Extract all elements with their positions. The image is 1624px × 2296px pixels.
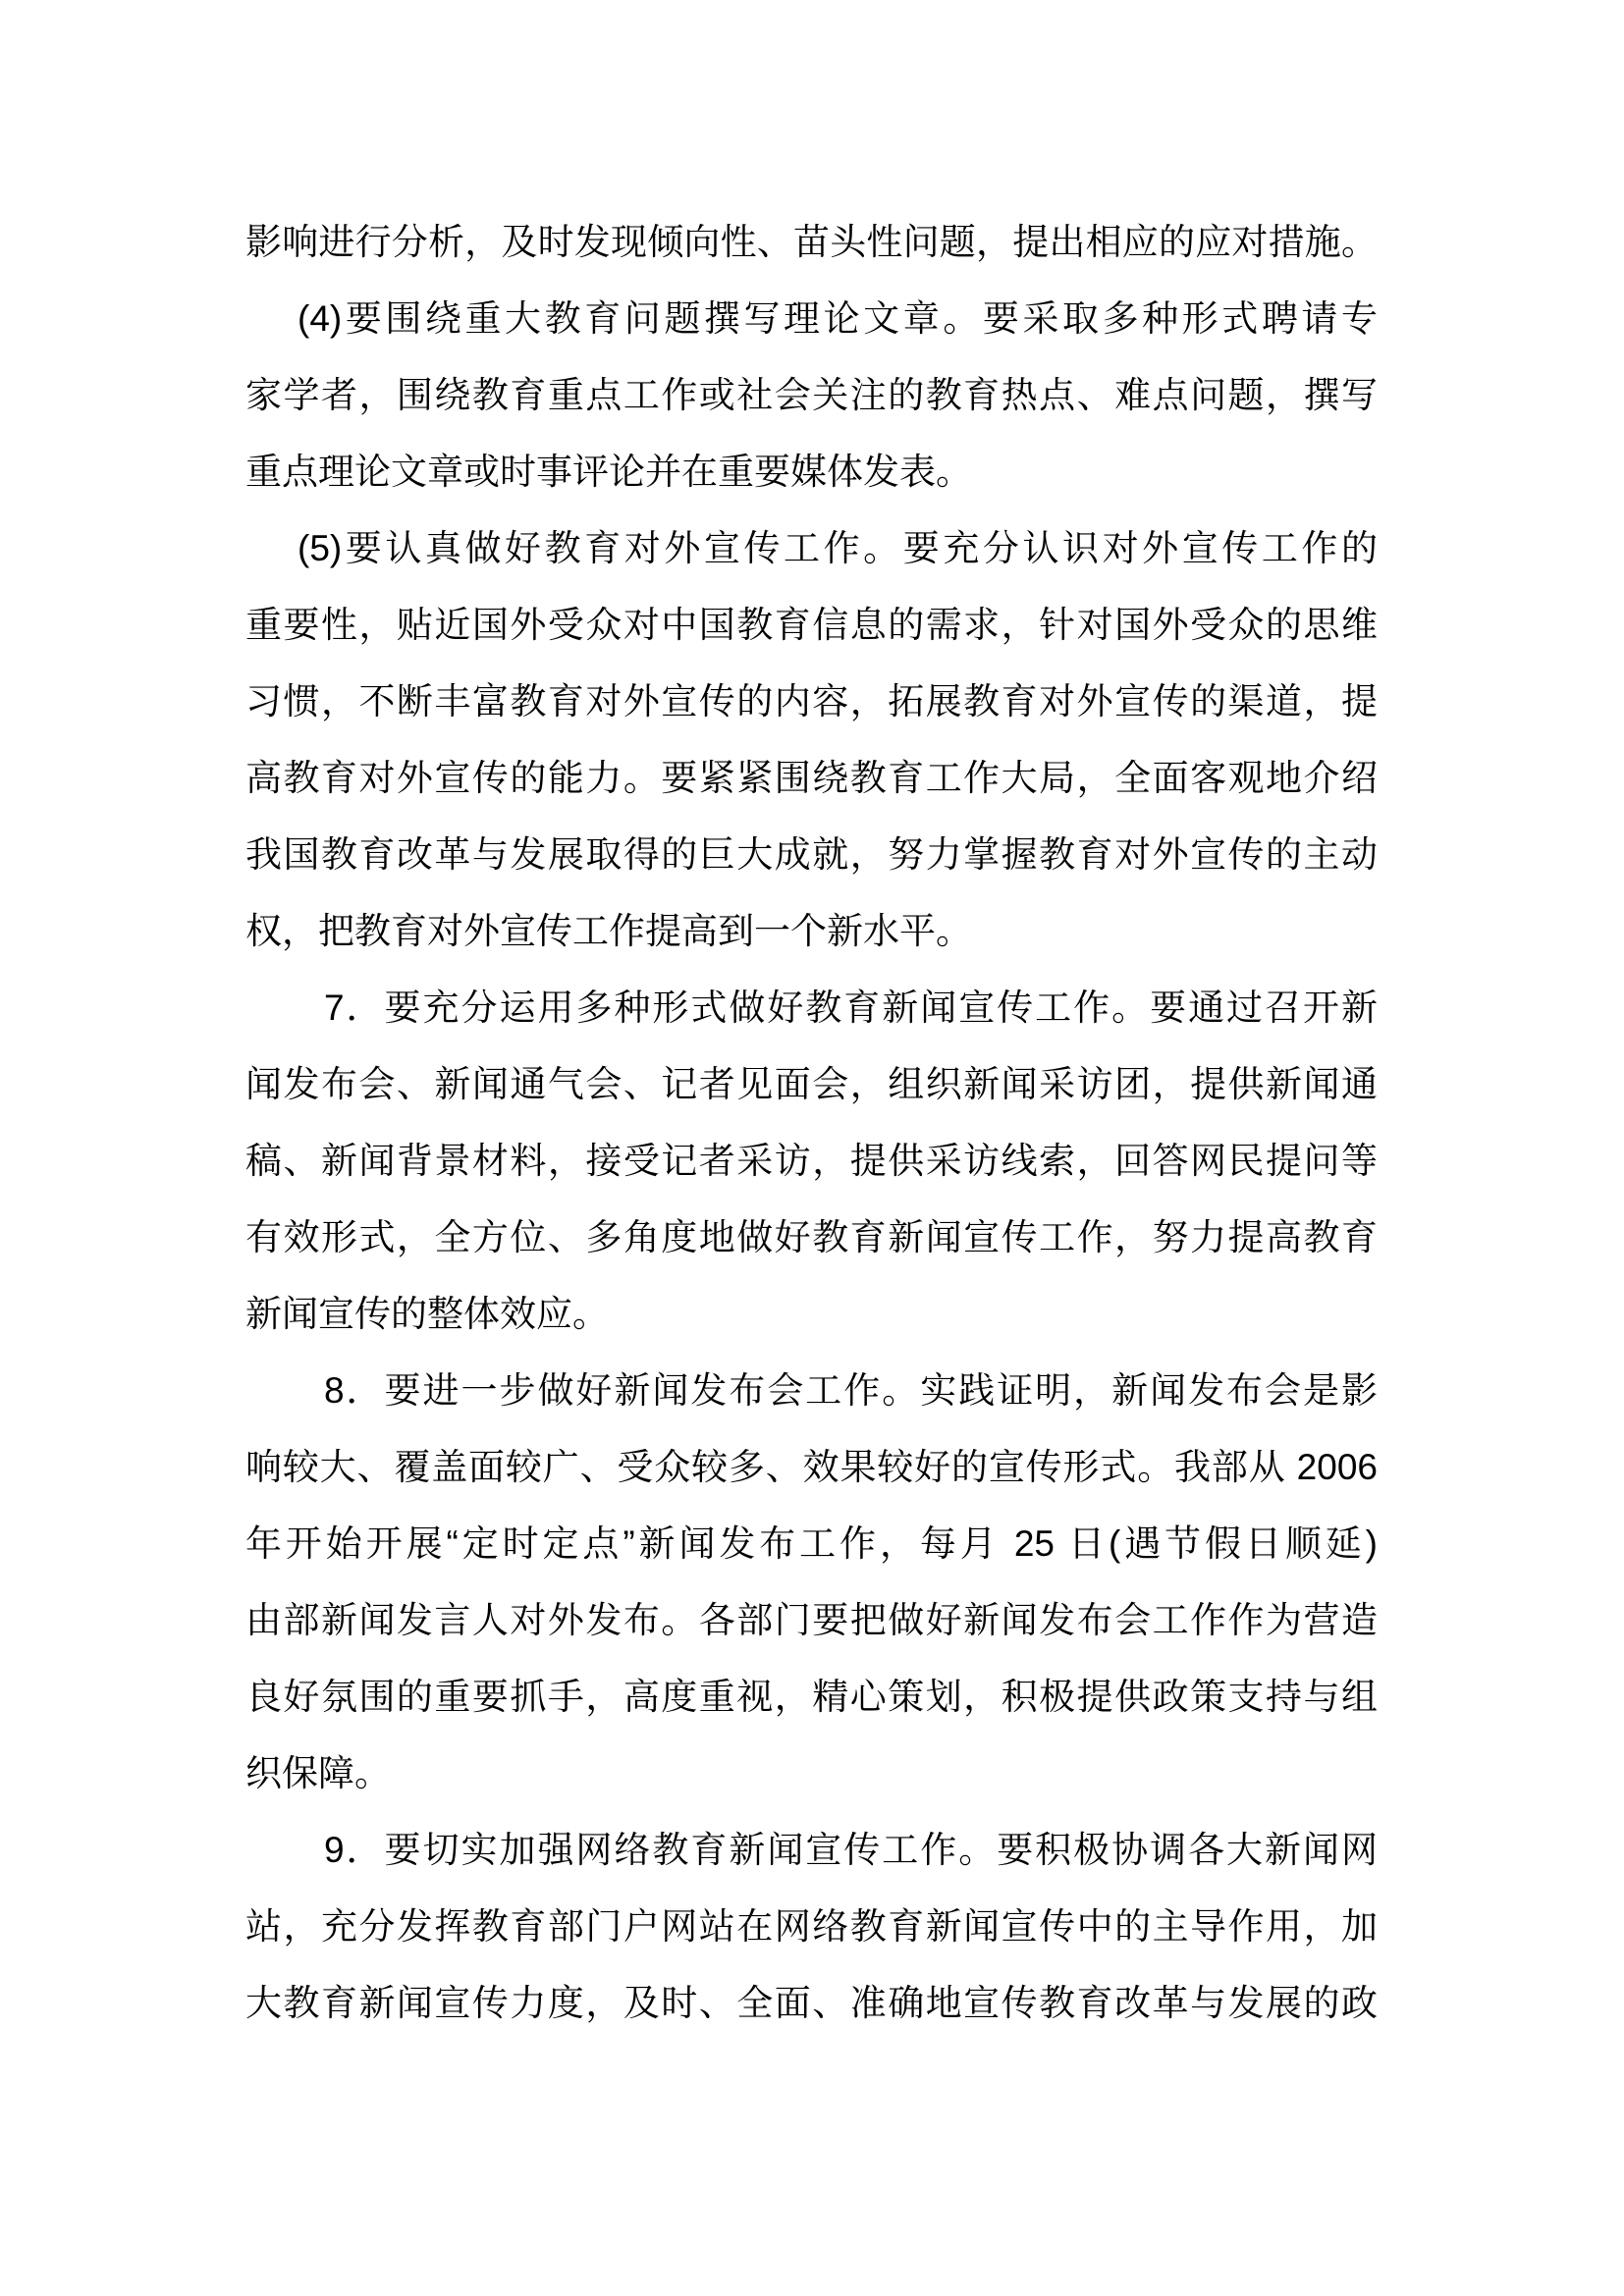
text-line: 站，充分发挥教育部门户网站在网络教育新闻宣传中的主导作用，加 <box>245 1889 1378 1965</box>
text-line: 8．要进一步做好新闻发布会工作。实践证明，新闻发布会是影 <box>245 1353 1378 1429</box>
text-line: 7．要充分运用多种形式做好教育新闻宣传工作。要通过召开新 <box>245 970 1378 1046</box>
text-line: 有效形式，全方位、多角度地做好教育新闻宣传工作，努力提高教育 <box>245 1200 1378 1276</box>
text-line: 家学者，围绕教育重点工作或社会关注的教育热点、难点问题，撰写 <box>245 357 1378 434</box>
text-line: 新闻宣传的整体效应。 <box>245 1276 1378 1353</box>
text-line: 闻发布会、新闻通气会、记者见面会，组织新闻采访团，提供新闻通 <box>245 1046 1378 1123</box>
text-line: 重点理论文章或时事评论并在重要媒体发表。 <box>245 434 1378 510</box>
text-line: 良好氛围的重要抓手，高度重视，精心策划，积极提供政策支持与组 <box>245 1659 1378 1735</box>
text-line: 重要性，贴近国外受众对中国教育信息的需求，针对国外受众的思维 <box>245 587 1378 664</box>
text-line: 9．要切实加强网络教育新闻宣传工作。要积极协调各大新闻网 <box>245 1812 1378 1889</box>
text-line: 织保障。 <box>245 1735 1378 1812</box>
text-line: (4)要围绕重大教育问题撰写理论文章。要采取多种形式聘请专 <box>245 281 1378 357</box>
text-line: 响较大、覆盖面较广、受众较多、效果较好的宣传形式。我部从 2006 <box>245 1429 1378 1506</box>
document-page: 影响进行分析，及时发现倾向性、苗头性问题，提出相应的应对措施。(4)要围绕重大教… <box>0 0 1624 2296</box>
text-line: 大教育新闻宣传力度，及时、全面、准确地宣传教育改革与发展的政 <box>245 1965 1378 2042</box>
text-line: 高教育对外宣传的能力。要紧紧围绕教育工作大局，全面客观地介绍 <box>245 740 1378 817</box>
text-line: 年开始开展“定时定点”新闻发布工作，每月 25 日(遇节假日顺延) <box>245 1506 1378 1582</box>
text-line: 影响进行分析，及时发现倾向性、苗头性问题，提出相应的应对措施。 <box>245 204 1378 281</box>
text-line: 权，把教育对外宣传工作提高到一个新水平。 <box>245 893 1378 970</box>
document-body: 影响进行分析，及时发现倾向性、苗头性问题，提出相应的应对措施。(4)要围绕重大教… <box>245 204 1378 2042</box>
text-line: (5)要认真做好教育对外宣传工作。要充分认识对外宣传工作的 <box>245 510 1378 587</box>
text-line: 由部新闻发言人对外发布。各部门要把做好新闻发布会工作作为营造 <box>245 1582 1378 1659</box>
text-line: 我国教育改革与发展取得的巨大成就，努力掌握教育对外宣传的主动 <box>245 817 1378 893</box>
text-line: 习惯，不断丰富教育对外宣传的内容，拓展教育对外宣传的渠道，提 <box>245 664 1378 740</box>
text-line: 稿、新闻背景材料，接受记者采访，提供采访线索，回答网民提问等 <box>245 1123 1378 1200</box>
